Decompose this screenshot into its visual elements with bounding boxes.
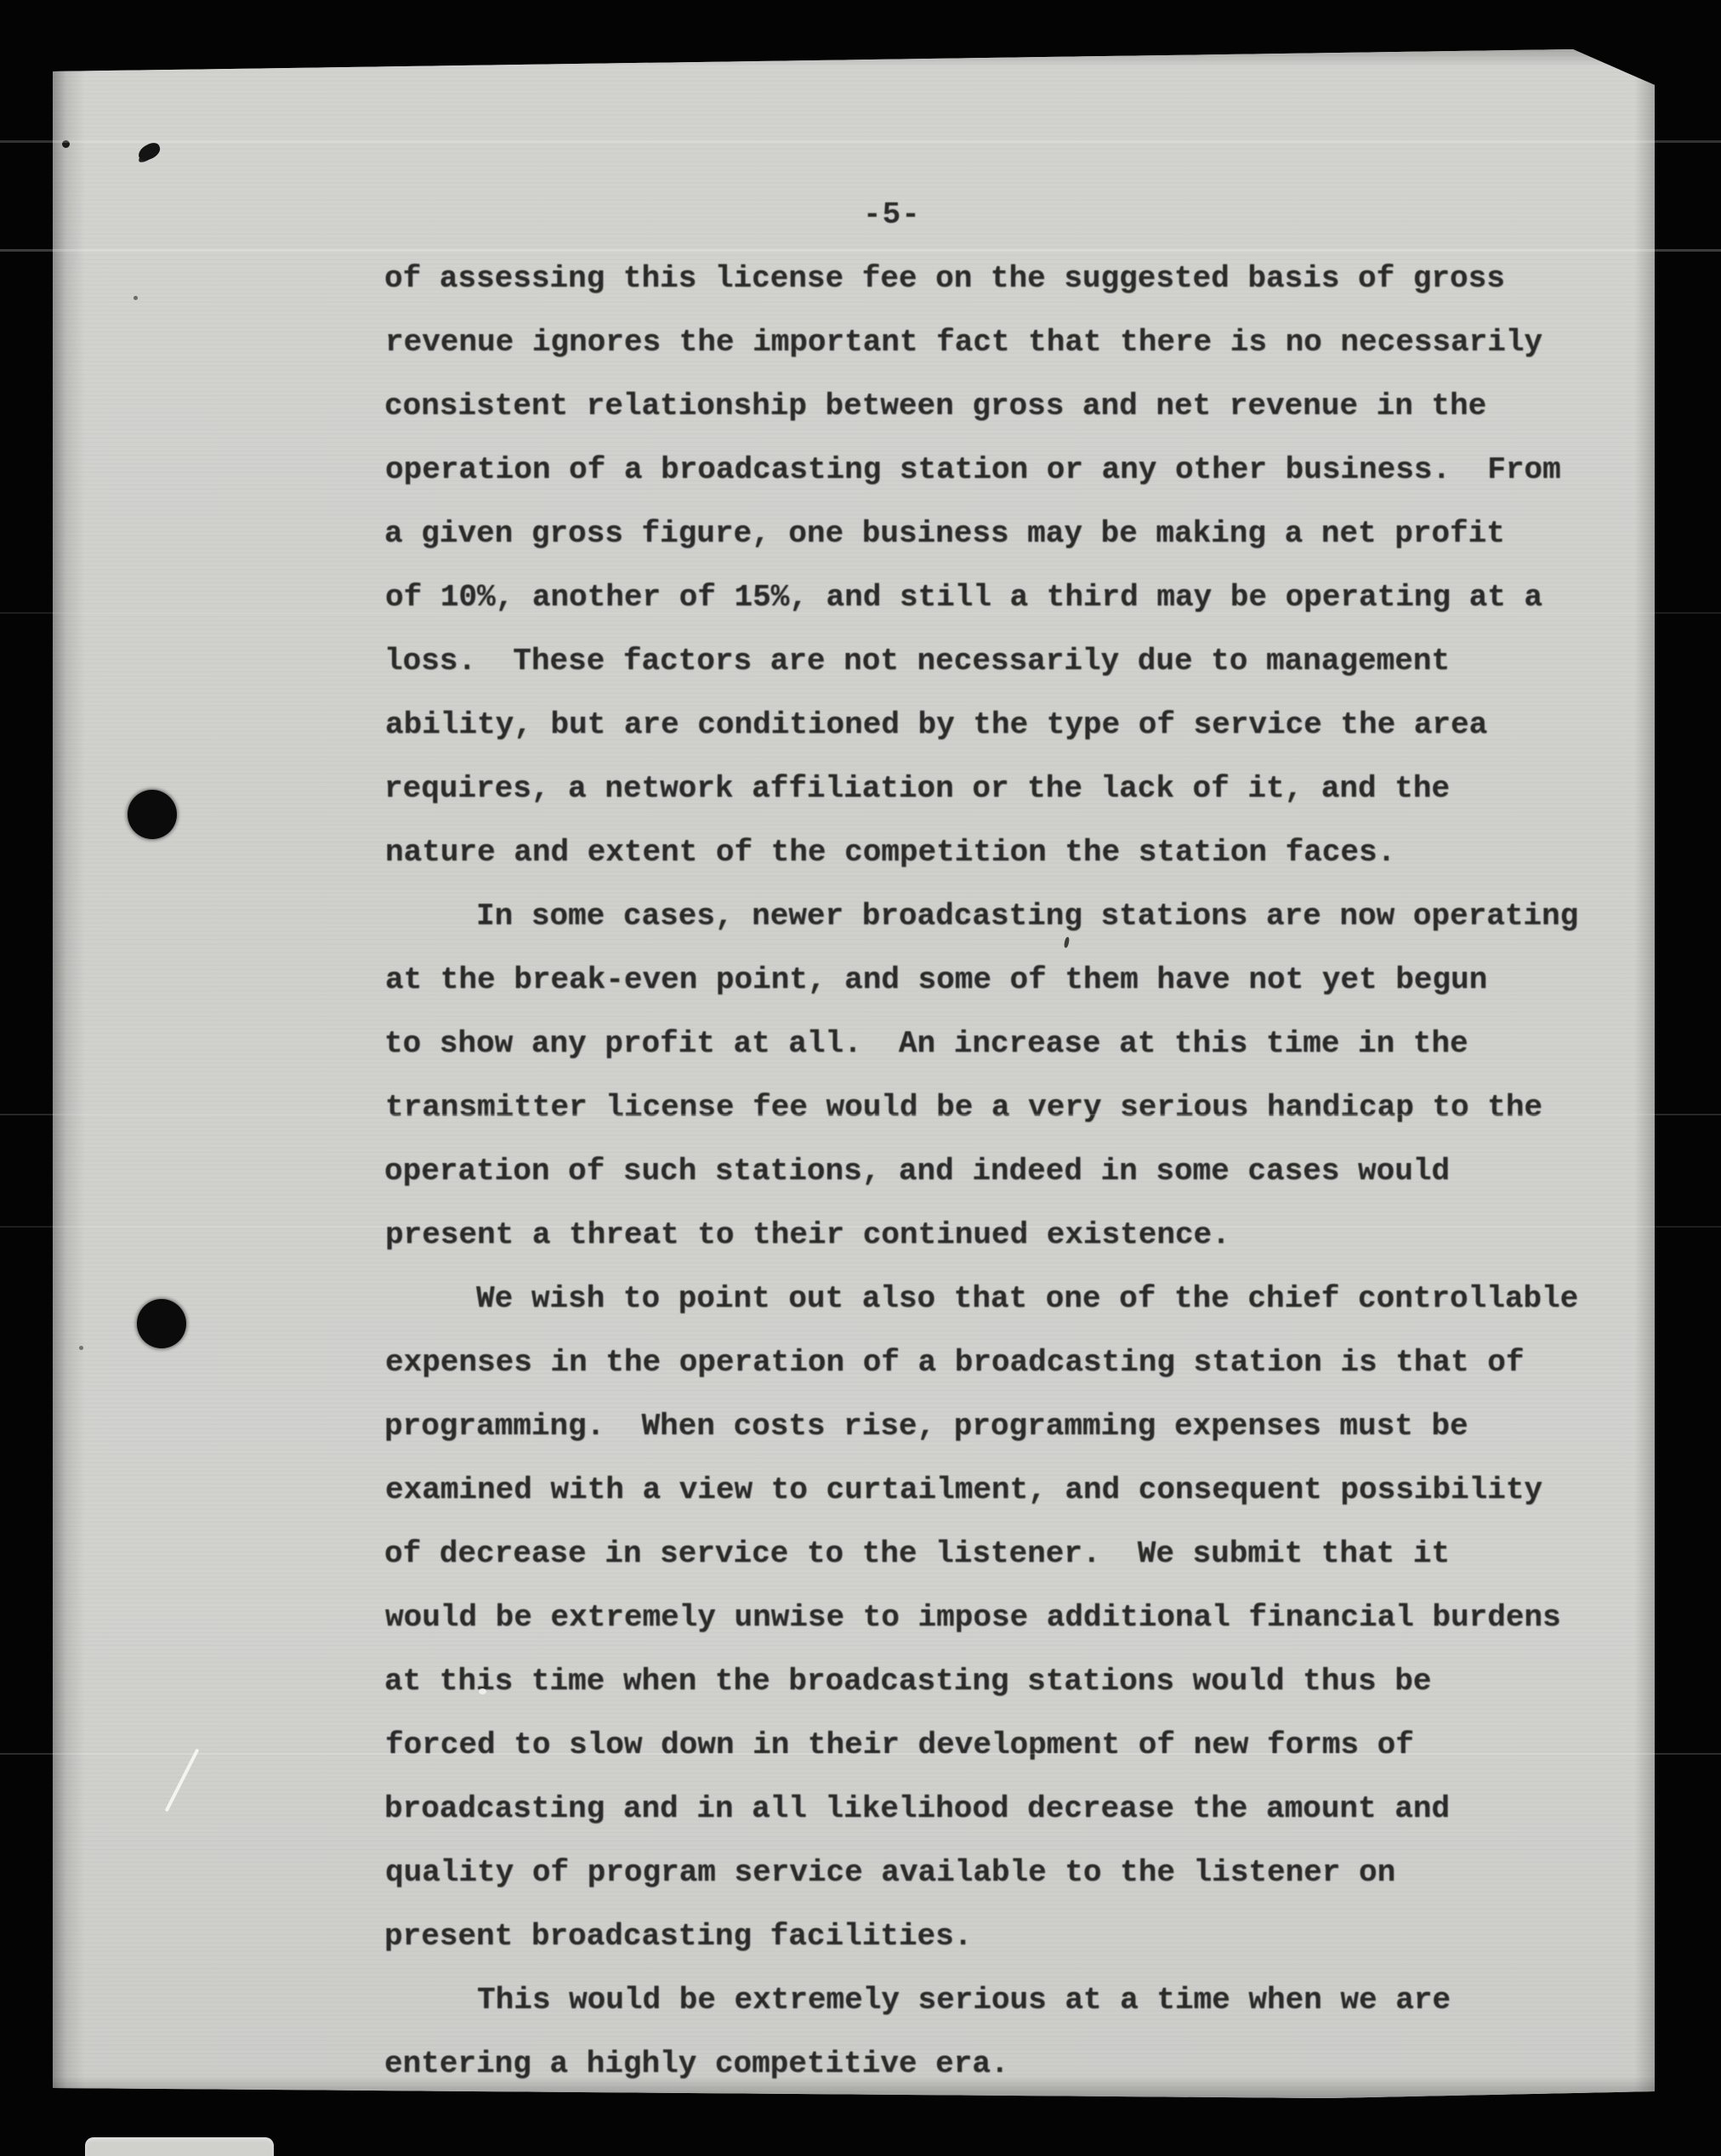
text-line: expenses in the operation of a broadcast… — [385, 1330, 1644, 1394]
paper-speck — [62, 140, 70, 148]
text-line: requires, a network affiliation or the l… — [384, 757, 1643, 820]
text-line: of decrease in service to the listener. … — [384, 1522, 1643, 1586]
paper-speck — [133, 296, 138, 300]
next-page-edge — [85, 2137, 274, 2156]
page-number: -5- — [863, 197, 1033, 232]
text-line: This would be extremely serious at a tim… — [385, 1968, 1644, 2032]
text-line: operation of such stations, and indeed i… — [384, 1139, 1643, 1203]
document-lines: of assessing this license fee on the sug… — [384, 247, 1643, 2096]
document-page: -5- of assessing this license fee on the… — [53, 49, 1655, 2098]
text-line: would be extremely unwise to impose addi… — [385, 1586, 1644, 1649]
scratch-mark — [165, 1749, 200, 1813]
text-line: forced to slow down in their development… — [385, 1713, 1644, 1777]
text-line: entering a highly competitive era. — [384, 2032, 1643, 2096]
text-line: In some cases, newer broadcasting statio… — [384, 884, 1643, 948]
text-line: at this time when the broadcasting stati… — [384, 1649, 1643, 1713]
paper-speck — [79, 1346, 83, 1350]
text-line: ability, but are conditioned by the type… — [385, 693, 1644, 757]
text-line: loss. These factors are not necessarily … — [384, 629, 1643, 693]
text-line: present a threat to their continued exis… — [385, 1203, 1644, 1267]
text-line: revenue ignores the important fact that … — [385, 310, 1644, 374]
paper-fleck — [479, 1688, 486, 1694]
text-line: present broadcasting facilities. — [384, 1904, 1643, 1968]
ink-smudge — [136, 140, 163, 163]
text-line: to show any profit at all. An increase a… — [384, 1012, 1643, 1075]
text-line: of 10%, another of 15%, and still a thir… — [385, 565, 1644, 629]
hole-punch-top — [128, 790, 177, 839]
text-line: quality of program service available to … — [385, 1841, 1644, 1904]
text-line: consistent relationship between gross an… — [384, 374, 1643, 438]
text-line: We wish to point out also that one of th… — [384, 1267, 1643, 1330]
text-line: examined with a view to curtailment, and… — [385, 1458, 1644, 1522]
text-line: of assessing this license fee on the sug… — [384, 247, 1643, 310]
text-line: operation of a broadcasting station or a… — [385, 438, 1644, 502]
text-line: programming. When costs rise, programmin… — [384, 1394, 1643, 1458]
hole-punch-bottom — [137, 1299, 186, 1348]
text-line: transmitter license fee would be a very … — [385, 1075, 1644, 1139]
text-line: a given gross figure, one business may b… — [384, 502, 1643, 565]
text-line: at the break-even point, and some of the… — [385, 948, 1644, 1012]
text-line: nature and extent of the competition the… — [385, 820, 1644, 884]
scan-background: -5- of assessing this license fee on the… — [0, 0, 1721, 2156]
text-line: broadcasting and in all likelihood decre… — [384, 1777, 1643, 1841]
